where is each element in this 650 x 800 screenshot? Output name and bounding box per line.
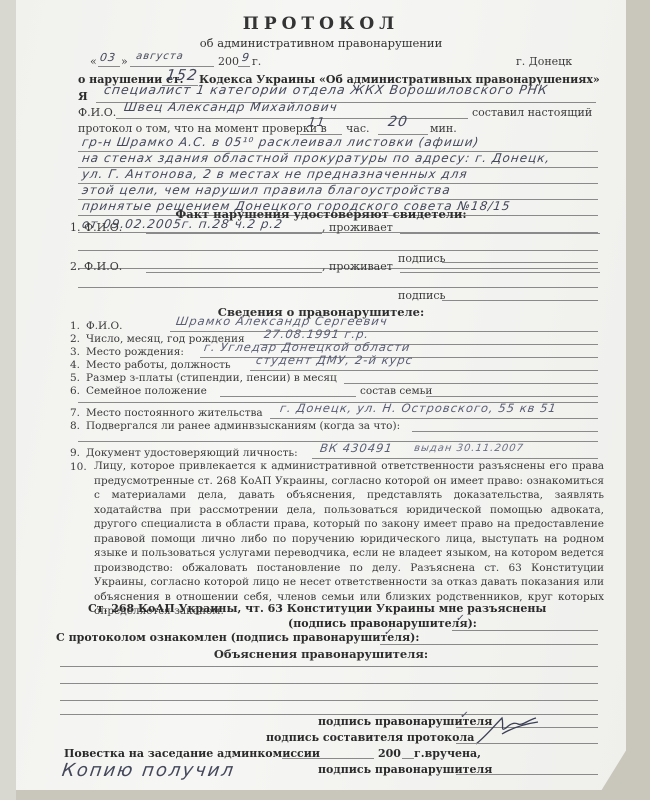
author-fio-label: Ф.И.О.	[78, 107, 116, 118]
offender-field-value: 27.08.1991 г.р.	[263, 329, 370, 341]
offender-field-number: 9.	[70, 448, 80, 459]
offender-field-label: Размер з-платы (стипендии, пенсии) в мес…	[86, 373, 337, 384]
time-minutes: 20	[387, 115, 409, 129]
time-prefix: протокол о том, что на момент проверки в	[78, 123, 327, 134]
description-line: этой цели, чем нарушил правила благоустр…	[81, 184, 451, 196]
offender-sign-mark: ✓	[459, 711, 470, 721]
date-open-quote: «	[90, 56, 97, 67]
date-year-suffix: 9	[241, 52, 251, 63]
time-hours-label: час.	[346, 123, 370, 134]
author-composed: составил настоящий	[472, 107, 592, 118]
witness-2-label: 2. Ф.И.О.	[70, 261, 122, 272]
offender-field-label: Ф.И.О.	[86, 321, 123, 332]
summons-year-prefix: 200	[378, 748, 401, 759]
blank-line	[78, 441, 598, 442]
offender-field-line[interactable]	[270, 418, 598, 419]
offender-field-value: студент ДМУ, 2-й курс	[255, 355, 414, 367]
familiarized-field[interactable]	[380, 644, 598, 645]
date-close-quote: »	[121, 56, 128, 67]
sign-offender-label: (подпись правонарушителя):	[288, 618, 477, 629]
rights-explained: Ст. 268 КоАП Украины, чт. 63 Конституции…	[88, 603, 546, 614]
document-subtitle: об административном правонарушении	[16, 36, 626, 50]
background-edge	[0, 0, 16, 800]
witnesses-heading: Факт нарушения удостоверяют свидетели:	[16, 207, 626, 221]
witness-2-lives-label: , проживает	[322, 261, 393, 272]
time-minutes-label: мин.	[430, 123, 457, 134]
offender-field-number: 8.	[70, 421, 80, 432]
time-hours: 11	[307, 116, 326, 128]
offender-field-number: 5.	[70, 373, 80, 384]
composer-sign-field[interactable]	[456, 743, 598, 744]
city: г. Донецк	[516, 56, 572, 67]
witness-1-lives-label: , проживает	[322, 222, 393, 233]
offender-field-value: г. Угледар Донецкой области	[203, 342, 411, 354]
date-year-prefix: 200	[218, 56, 239, 67]
explanations-heading: Объяснения правонарушителя:	[16, 647, 626, 661]
offender-field-line[interactable]	[170, 331, 598, 332]
offender-field-number: 6.	[70, 386, 80, 397]
document-title: ПРОТОКОЛ	[16, 14, 626, 34]
author-label: Я	[78, 91, 88, 102]
offender-field-line[interactable]	[220, 396, 356, 397]
offender-field-label: Семейное положение	[86, 386, 207, 397]
composer-sign-label: подпись составителя протокола	[266, 732, 474, 743]
offender-field-label: Подвергался ли ранее админвзысканиям (ко…	[86, 421, 400, 432]
offender-field-line[interactable]	[412, 431, 598, 432]
description-line: ул. Г. Антонова, 2 в местах не предназна…	[81, 168, 468, 180]
summons-offender-sign-field[interactable]	[456, 774, 598, 775]
protocol-document: ПРОТОКОЛ об административном правонаруше…	[16, 0, 626, 790]
author-position: специалист 1 категории отдела ЖКХ Вороши…	[103, 84, 549, 97]
rights-text: Лицу, которое привлекается к администрат…	[94, 459, 604, 619]
summons-suffix: г.вручена,	[414, 748, 481, 759]
offender-field-value: ВК 430491	[319, 443, 393, 455]
witness-1-address-field[interactable]	[400, 233, 600, 234]
date-day: 03	[99, 52, 117, 63]
description-line: гр-н Шрамко А.С. в 05¹⁰ расклеивал листо…	[81, 136, 480, 148]
offender-field-number: 7.	[70, 408, 80, 419]
offender-field-number: 3.	[70, 347, 80, 358]
sign-offender-field[interactable]	[452, 630, 598, 631]
handwritten-note: Копию получил	[61, 762, 236, 780]
rights-number: 10.	[70, 462, 87, 473]
offender-field-number: 4.	[70, 360, 80, 371]
offender-field-label: Место работы, должность	[86, 360, 231, 371]
offender-field-value: Шрамко Александр Сергеевич	[175, 316, 388, 328]
offender-field-label: Место рождения:	[86, 347, 184, 358]
familiarized-mark: ✓	[383, 628, 394, 638]
witness-1-sign-label: подпись	[398, 253, 446, 264]
date-month: августа	[135, 52, 184, 62]
familiarized-label: С протоколом ознакомлен (подпись правона…	[56, 632, 419, 643]
offender-field-line[interactable]	[250, 370, 598, 371]
date-year-unit: г.	[252, 56, 261, 67]
offender-field-label: Документ удостоверяющий личность:	[86, 448, 298, 459]
violation-article: 152	[165, 68, 199, 83]
offender-field-extra-label: состав семьи	[360, 386, 432, 397]
sign-offender-mark: ✓	[455, 614, 466, 624]
offender-field-value: г. Донецк, ул. Н. Островского, 55 кв 51	[279, 403, 557, 415]
offender-field-extra-line[interactable]	[426, 396, 598, 397]
blank-line	[78, 402, 598, 403]
offender-field-number: 2.	[70, 334, 80, 345]
author-fio: Швец Александр Михайлович	[123, 101, 338, 113]
witness-2-sign-label: подпись	[398, 290, 446, 301]
offender-field-number: 1.	[70, 321, 80, 332]
description-line: на стенах здания областной прокуратуры п…	[81, 152, 551, 164]
offender-field-label: Место постоянного жительства	[86, 408, 263, 419]
witness-1-label: 1. Ф.И.О.	[70, 222, 122, 233]
summons-date-field[interactable]	[282, 758, 374, 759]
offender-field-value2: выдан 30.11.2007	[413, 444, 524, 454]
offender-field-line[interactable]	[344, 383, 598, 384]
